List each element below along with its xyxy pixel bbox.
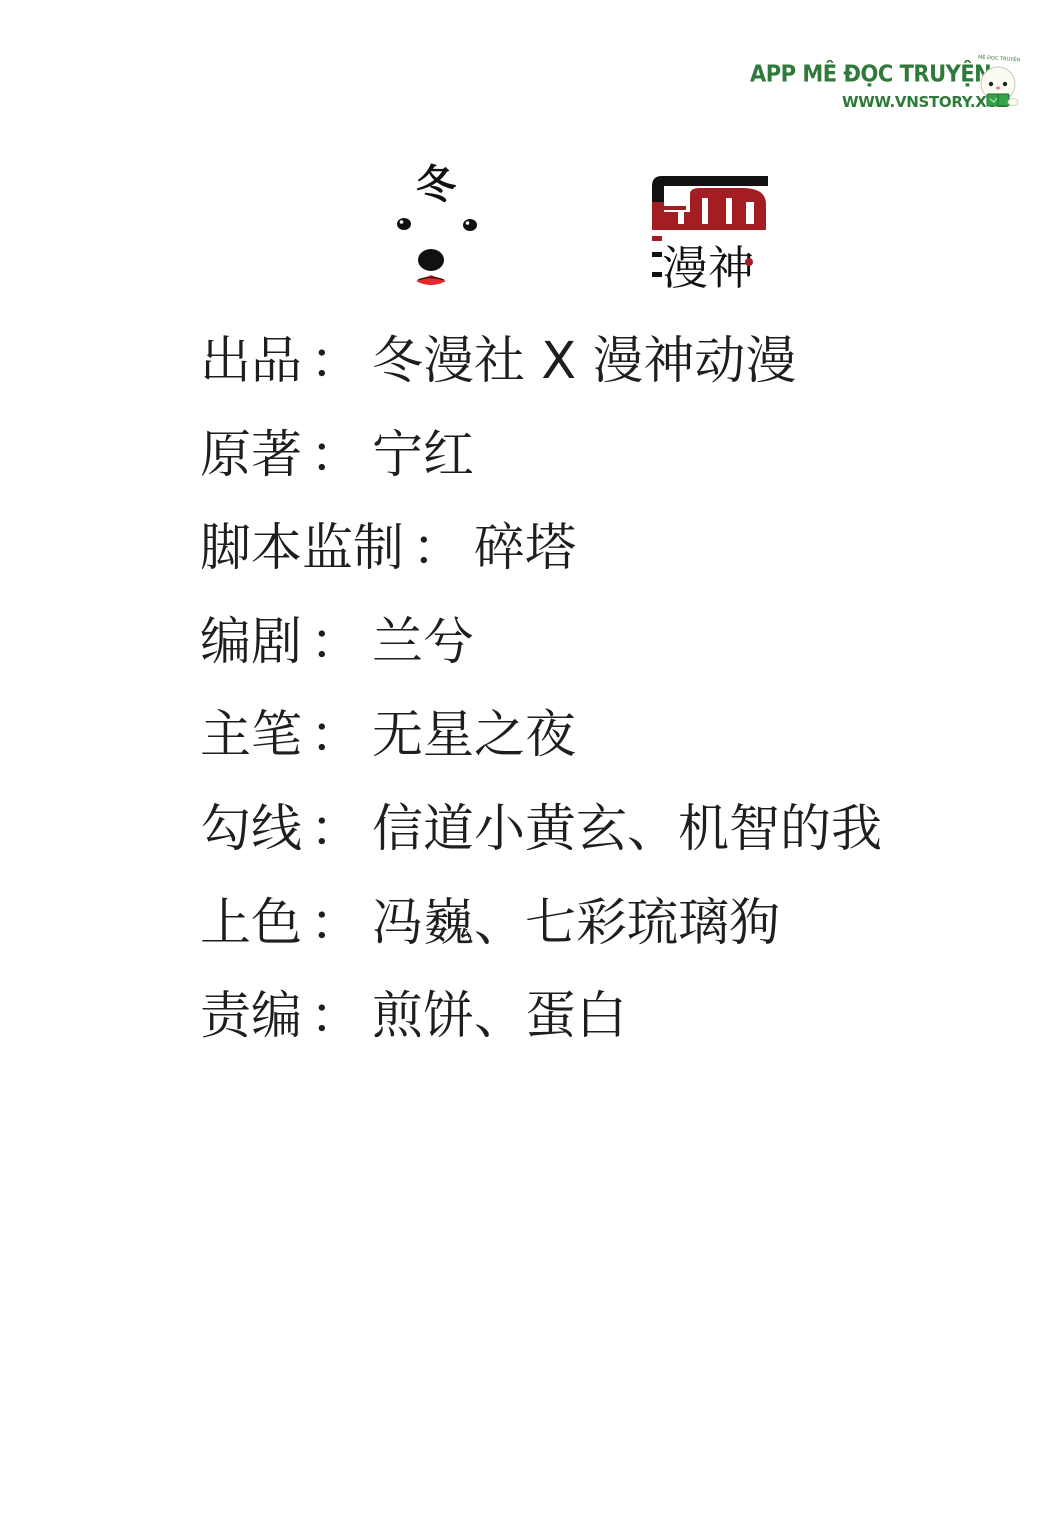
- credit-row-producer: 出品：冬漫社 X 漫神动漫: [200, 330, 882, 424]
- credit-colon: ：: [302, 985, 372, 1049]
- credit-colon: ：: [302, 892, 372, 956]
- credits-list: 出品：冬漫社 X 漫神动漫 原著：宁红 脚本监制：碎塔 编剧：兰兮 主笔：无星之…: [200, 330, 882, 1079]
- credit-colon: ：: [404, 517, 474, 581]
- site-watermark: APP MÊ ĐỌC TRUYỆN WWW.VNSTORY.XYZ MÊ ĐỌC…: [750, 56, 1030, 118]
- credit-label: 责编: [200, 985, 302, 1049]
- credit-value: 无星之夜: [372, 704, 576, 768]
- credit-value: 冬漫社 X 漫神动漫: [372, 330, 796, 394]
- credit-value: 冯巍、七彩琉璃狗: [372, 892, 780, 956]
- credit-row-script-supervisor: 脚本监制：碎塔: [200, 517, 882, 611]
- credit-label: 主笔: [200, 704, 302, 768]
- credit-value: 信道小黄玄、机智的我: [372, 798, 882, 862]
- credit-colon: ：: [302, 330, 372, 394]
- credit-colon: ：: [302, 424, 372, 488]
- credit-label: 上色: [200, 892, 302, 956]
- manshen-text: 漫神: [662, 241, 754, 292]
- dog-face-icon: [388, 165, 488, 293]
- watermark-title: APP MÊ ĐỌC TRUYỆN: [750, 61, 991, 87]
- credit-label: 勾线: [200, 798, 302, 862]
- credit-label: 编剧: [200, 611, 302, 675]
- credit-value: 煎饼、蛋白: [372, 985, 627, 1049]
- credit-value: 宁红: [372, 424, 474, 488]
- credit-row-line-art: 勾线：信道小黄玄、机智的我: [200, 798, 882, 892]
- credit-value: 兰兮: [372, 611, 474, 675]
- credit-row-editor: 责编：煎饼、蛋白: [200, 985, 882, 1079]
- credit-colon: ：: [302, 611, 372, 675]
- credit-row-original-author: 原著：宁红: [200, 424, 882, 518]
- credit-label: 原著: [200, 424, 302, 488]
- reading-mascot-icon: [972, 62, 1024, 112]
- credit-label: 脚本监制: [200, 517, 404, 581]
- credit-value: 碎塔: [474, 517, 576, 581]
- credit-row-coloring: 上色：冯巍、七彩琉璃狗: [200, 892, 882, 986]
- credit-colon: ：: [302, 798, 372, 862]
- credit-row-lead-artist: 主笔：无星之夜: [200, 704, 882, 798]
- manshen-logo: 漫神: [650, 172, 770, 292]
- credit-label: 出品: [200, 330, 302, 394]
- credit-row-screenwriter: 编剧：兰兮: [200, 611, 882, 705]
- dongman-dog-logo: 冬: [388, 165, 488, 293]
- credit-colon: ：: [302, 704, 372, 768]
